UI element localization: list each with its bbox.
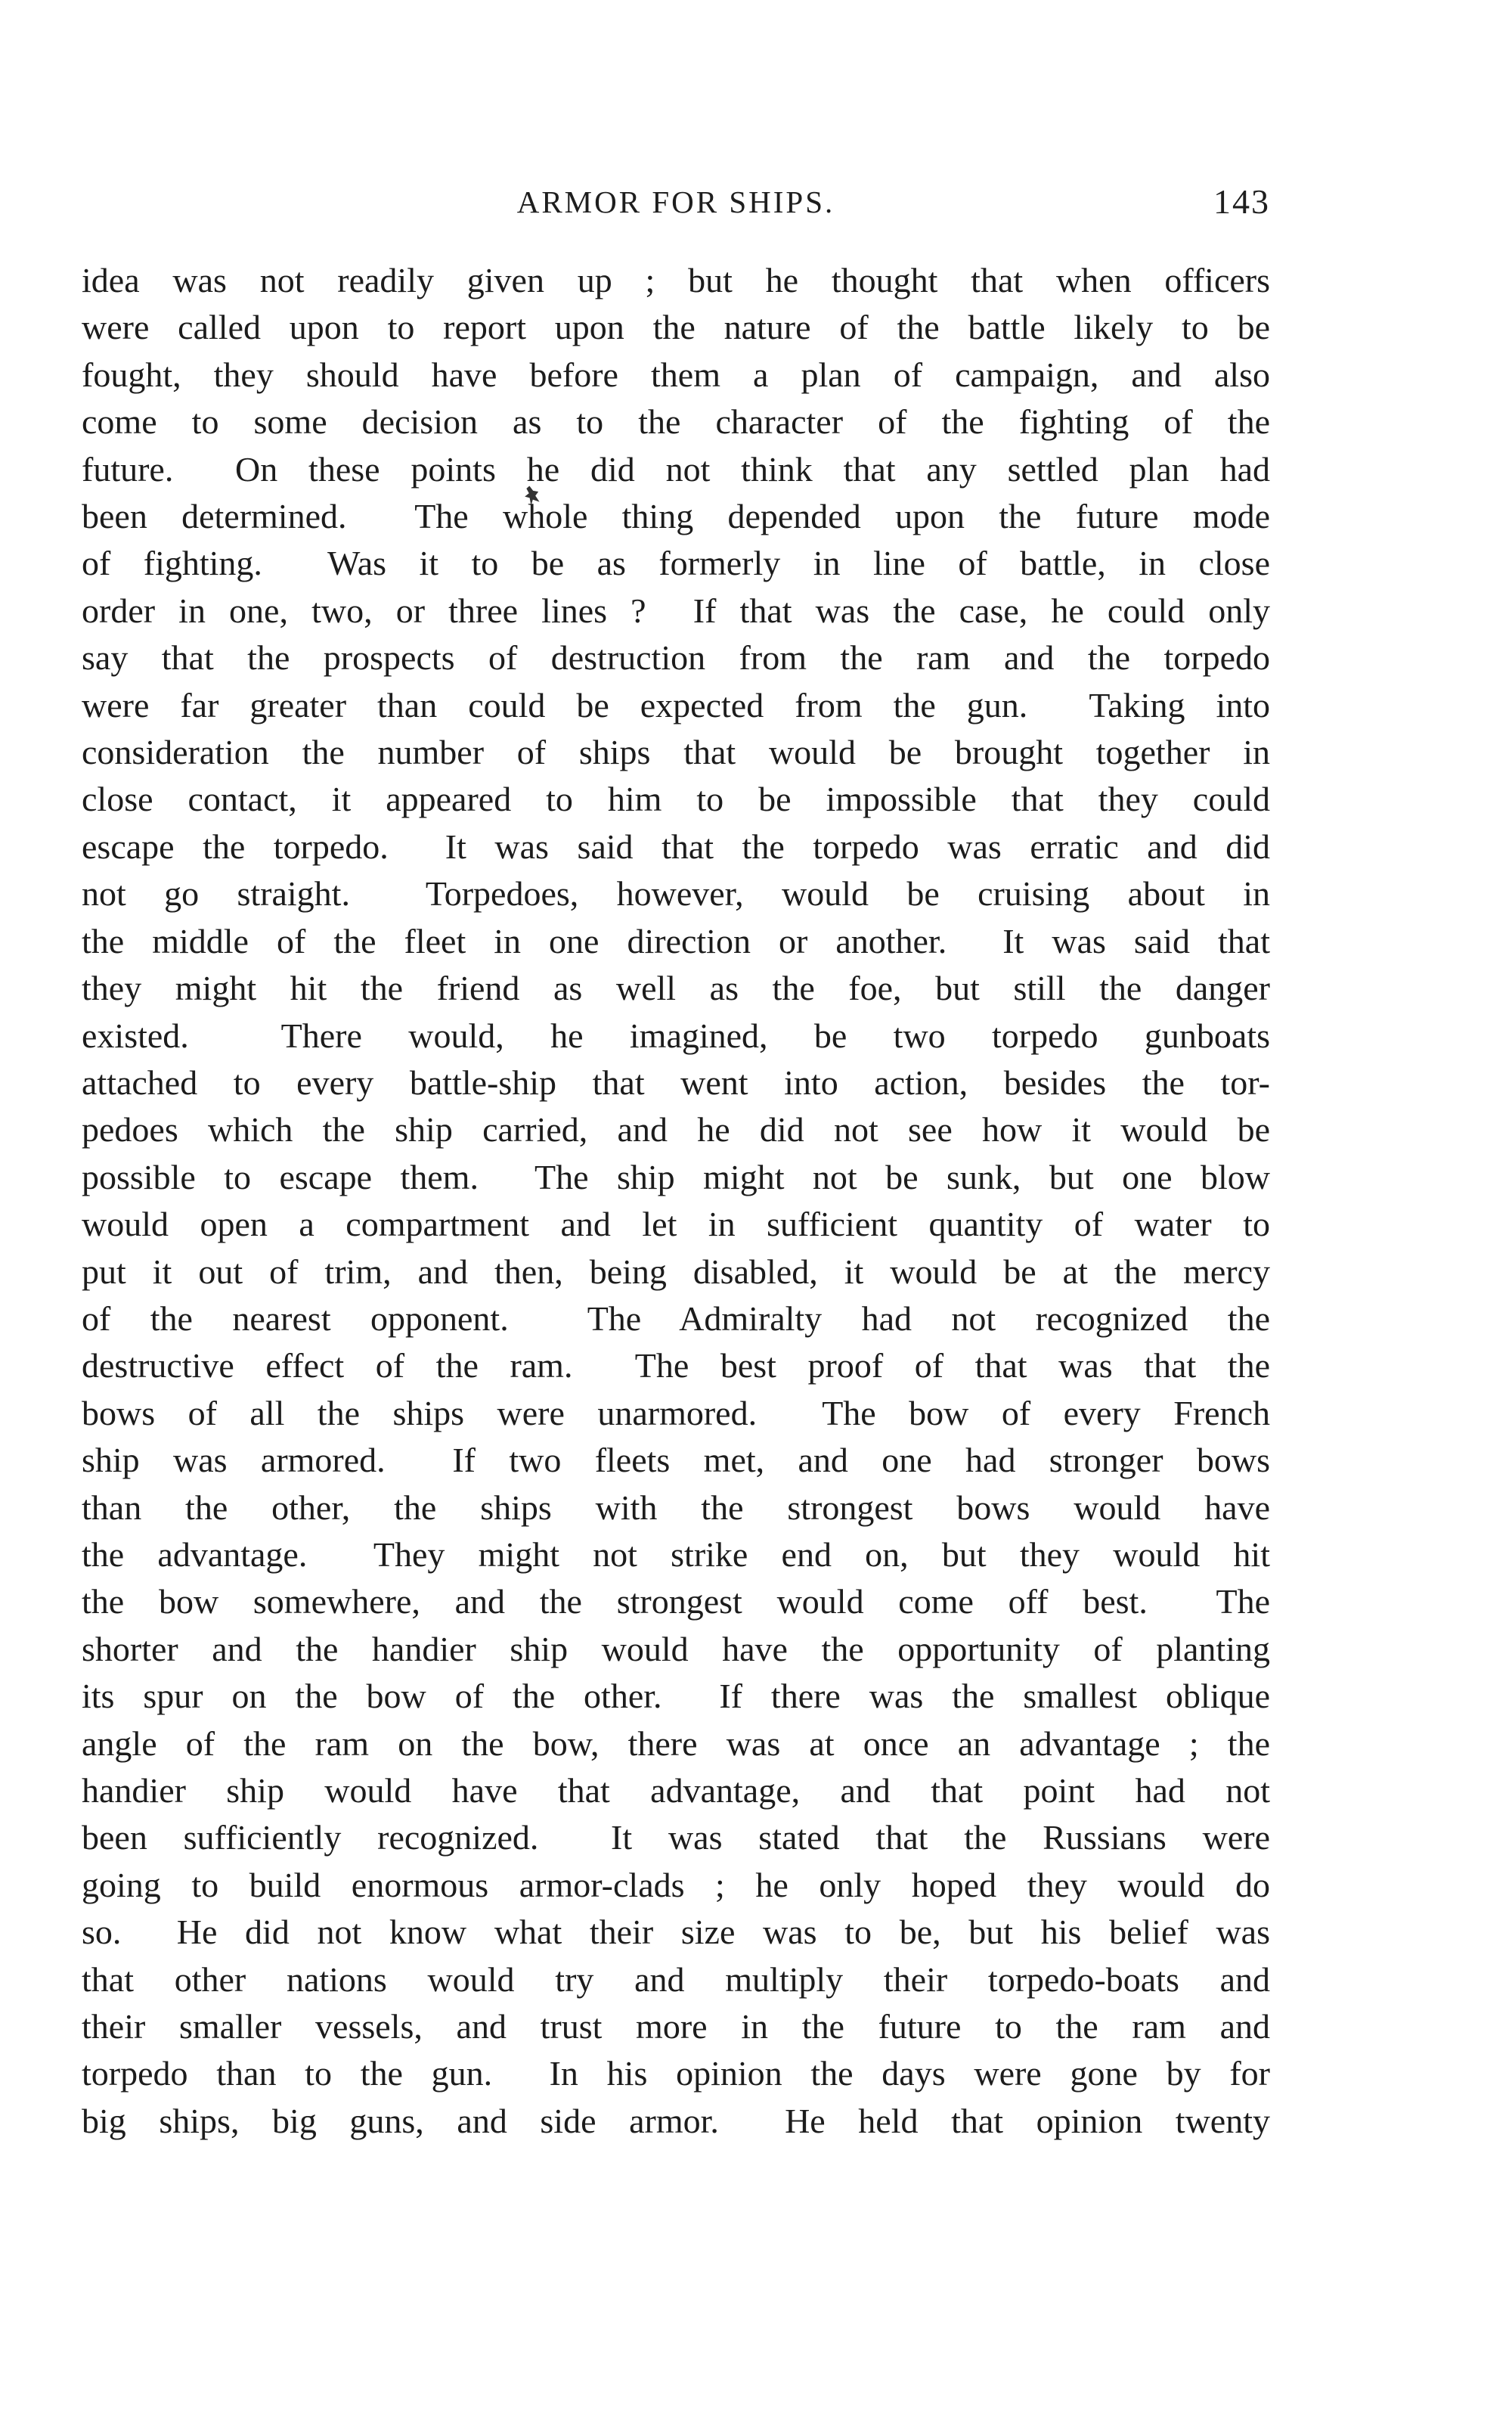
text-line: pedoes which the ship carried, and he di… bbox=[82, 1106, 1270, 1153]
page-number: 143 bbox=[1213, 181, 1270, 222]
text-line: existed. There would, he imagined, be tw… bbox=[82, 1013, 1270, 1060]
text-line: the bow somewhere, and the strongest wou… bbox=[82, 1578, 1270, 1625]
text-line: put it out of trim, and then, being disa… bbox=[82, 1249, 1270, 1295]
text-line: their smaller vessels, and trust more in… bbox=[82, 2003, 1270, 2050]
text-line: come to some decision as to the characte… bbox=[82, 399, 1270, 445]
text-line: possible to escape them. The ship might … bbox=[82, 1154, 1270, 1201]
text-line: been sufficiently recognized. It was sta… bbox=[82, 1814, 1270, 1861]
text-line: ship was armored. If two fleets met, and… bbox=[82, 1437, 1270, 1484]
text-line: the middle of the fleet in one direction… bbox=[82, 918, 1270, 965]
text-line: angle of the ram on the bow, there was a… bbox=[82, 1720, 1270, 1767]
text-line: they might hit the friend as well as the… bbox=[82, 965, 1270, 1012]
text-line: were called upon to report upon the natu… bbox=[82, 304, 1270, 351]
text-line: its spur on the bow of the other. If the… bbox=[82, 1673, 1270, 1720]
text-column: ARMOR FOR SHIPS. 143 idea was not readil… bbox=[82, 0, 1270, 2420]
text-line: than the other, the ships with the stron… bbox=[82, 1485, 1270, 1531]
text-line: big ships, big guns, and side armor. He … bbox=[82, 2098, 1270, 2145]
text-line: bows of all the ships were unarmored. Th… bbox=[82, 1390, 1270, 1437]
text-line: been determined. The whole thing depende… bbox=[82, 493, 1270, 540]
text-line: not go straight. Torpedoes, however, wou… bbox=[82, 870, 1270, 917]
text-line: fought, they should have before them a p… bbox=[82, 352, 1270, 399]
body-text: idea was not readily given up ; but he t… bbox=[82, 257, 1270, 2145]
text-line: would open a compartment and let in suff… bbox=[82, 1201, 1270, 1248]
book-page: ARMOR FOR SHIPS. 143 idea was not readil… bbox=[0, 0, 1512, 2420]
text-line: going to build enormous armor-clads ; he… bbox=[82, 1862, 1270, 1909]
text-line: future. On these points he did not think… bbox=[82, 446, 1270, 493]
text-line: order in one, two, or three lines ? If t… bbox=[82, 588, 1270, 634]
text-line: shorter and the handier ship would have … bbox=[82, 1626, 1270, 1673]
text-line: that other nations would try and multipl… bbox=[82, 1956, 1270, 2003]
text-line: close contact, it appeared to him to be … bbox=[82, 776, 1270, 823]
text-line: say that the prospects of destruction fr… bbox=[82, 634, 1270, 681]
text-line: escape the torpedo. It was said that the… bbox=[82, 824, 1270, 870]
text-line: of fighting. Was it to be as formerly in… bbox=[82, 540, 1270, 587]
text-line: consideration the number of ships that w… bbox=[82, 729, 1270, 776]
text-line: attached to every battle-ship that went … bbox=[82, 1060, 1270, 1106]
text-line: the advantage. They might not strike end… bbox=[82, 1531, 1270, 1578]
text-line: idea was not readily given up ; but he t… bbox=[82, 257, 1270, 304]
running-title: ARMOR FOR SHIPS. bbox=[82, 184, 1270, 220]
text-line: of the nearest opponent. The Admiralty h… bbox=[82, 1295, 1270, 1342]
text-line: so. He did not know what their size was … bbox=[82, 1909, 1270, 1956]
text-line: destructive effect of the ram. The best … bbox=[82, 1342, 1270, 1389]
text-line: torpedo than to the gun. In his opinion … bbox=[82, 2050, 1270, 2097]
text-line: were far greater than could be expected … bbox=[82, 682, 1270, 729]
text-line: handier ship would have that advantage, … bbox=[82, 1767, 1270, 1814]
